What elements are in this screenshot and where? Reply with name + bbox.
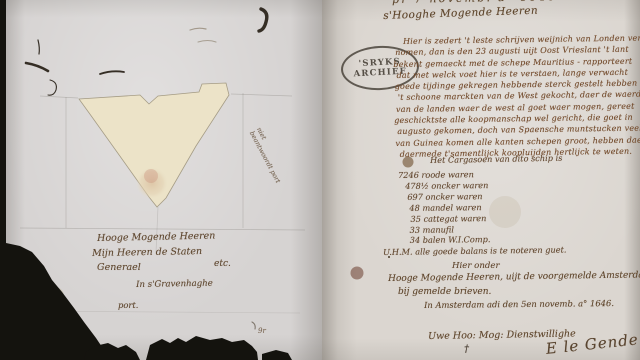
dateline: In Amsterdam adi den 5en novemb. a° 1646…	[424, 298, 614, 310]
cargo-item: 48 mandel waren	[409, 202, 490, 214]
corner-mark: 9r	[258, 327, 266, 335]
ink-cross-mark: †	[464, 344, 469, 355]
address-line: Generael	[97, 262, 141, 273]
address-line: Mijn Heeren de Staten	[92, 246, 202, 259]
paper-tears	[6, 243, 292, 360]
hier-onder-line: Hier onder	[452, 261, 500, 271]
wax-seal-stain-inner	[144, 169, 158, 183]
letter-scan: 'SRYKS ARCHIEF niet beantwoordt port Hoo…	[0, 0, 640, 360]
address-etcetera: etc.	[214, 259, 231, 269]
cargo-item: 35 cattegat waren	[410, 213, 490, 225]
letter-body: Hier is zedert 't leste schrijven weijni…	[393, 32, 640, 160]
address-postage-note: port.	[118, 300, 138, 310]
cargo-item: 478½ oncker waren	[405, 180, 490, 192]
cargo-item: 33 manufil	[410, 224, 491, 236]
paper-stain	[489, 196, 521, 228]
ink-stain	[351, 267, 364, 280]
cargo-item: 34 balen W.I.Comp.	[410, 234, 491, 246]
closing-line: bij gemelde brieven.	[398, 287, 491, 297]
cargo-item: 697 oncker waren	[407, 191, 490, 203]
address-line: In s'Gravenhaghe	[136, 279, 213, 290]
cargo-list: 7246 roode waren 478½ oncker waren 697 o…	[398, 169, 491, 246]
